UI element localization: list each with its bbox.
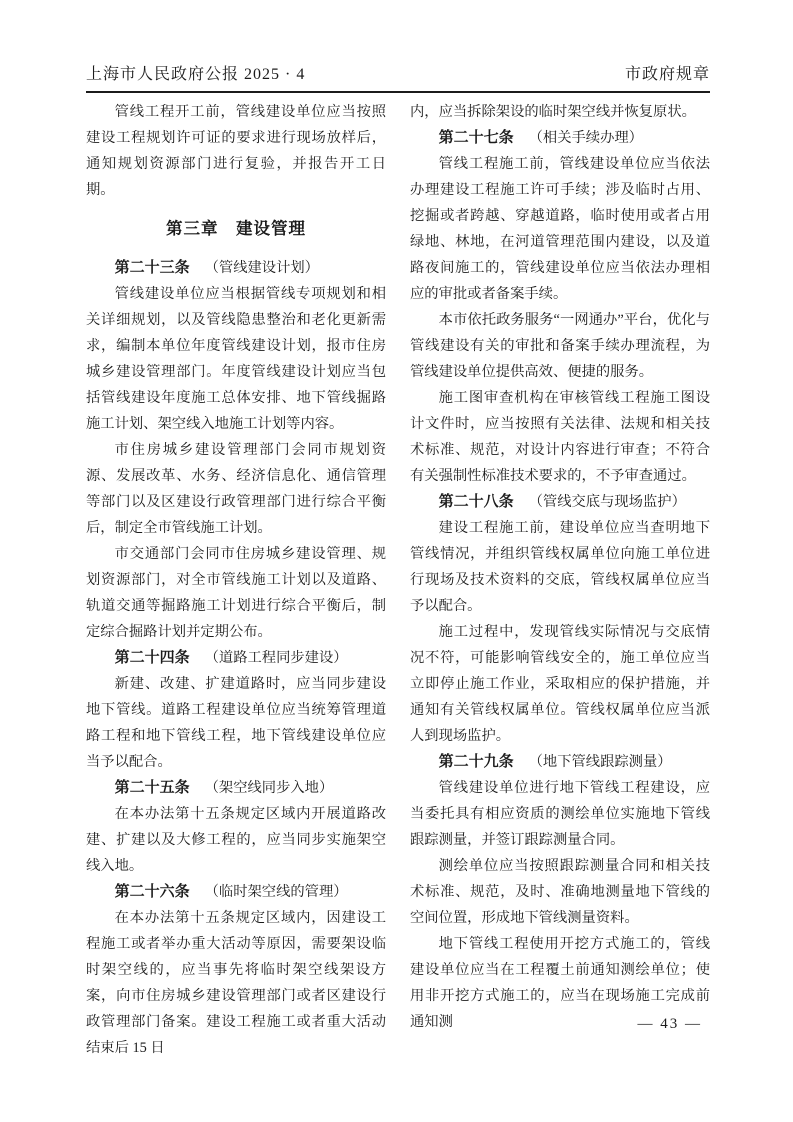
article-title: （相关手续办理）: [529, 130, 643, 146]
page-header: 上海市人民政府公报 2025 · 4 市政府规章: [86, 61, 710, 84]
body-paragraph: 管线工程施工前，管线建设单位应当依法办理建设工程施工许可手续；涉及临时占用、挖掘…: [410, 151, 710, 307]
article-number: 第二十九条: [439, 753, 514, 770]
body-paragraph: 建设工程施工前，建设单位应当查明地下管线情况，并组织管线权属单位向施工单位进行现…: [410, 515, 710, 619]
header-section-label: 市政府规章: [625, 61, 710, 84]
article-number: 第二十三条: [115, 259, 190, 276]
body-paragraph: 施工过程中，发现管线实际情况与交底情况不符，可能影响管线安全的，施工单位应当立即…: [410, 619, 710, 749]
header-rule: [86, 91, 710, 93]
body-paragraph: 管线工程开工前，管线建设单位应当按照建设工程规划许可证的要求进行现场放样后，通知…: [86, 99, 386, 203]
gazette-page: 上海市人民政府公报 2025 · 4 市政府规章 管线工程开工前，管线建设单位应…: [0, 0, 793, 1122]
body-paragraph: 内，应当拆除架设的临时架空线并恢复原状。: [410, 99, 710, 125]
page-number: — 43 —: [638, 1016, 703, 1032]
body-paragraph: 新建、改建、扩建道路时，应当同步建设地下管线。道路工程建设单位应当统筹管理道路工…: [86, 671, 386, 775]
right-column: 内，应当拆除架设的临时架空线并恢复原状。第二十七条（相关手续办理）管线工程施工前…: [410, 99, 710, 1061]
article-heading: 第二十八条（管线交底与现场监护）: [410, 489, 710, 515]
body-paragraph: 测绘单位应当按照跟踪测量合同和相关技术标准、规范，及时、准确地测量地下管线的空间…: [410, 853, 710, 931]
header-publication-title: 上海市人民政府公报 2025 · 4: [86, 61, 305, 84]
article-heading: 第二十四条（道路工程同步建设）: [86, 645, 386, 671]
article-heading: 第二十七条（相关手续办理）: [410, 125, 710, 151]
article-title: （临时架空线的管理）: [205, 884, 348, 900]
article-heading: 第二十九条（地下管线跟踪测量）: [410, 749, 710, 775]
body-paragraph: 本市依托政务服务“一网通办”平台，优化与管线建设有关的审批和备案手续办理流程，为…: [410, 307, 710, 385]
article-title: （架空线同步入地）: [205, 780, 334, 796]
article-number: 第二十四条: [115, 649, 190, 666]
article-title: （地下管线跟踪测量）: [529, 754, 672, 770]
article-number: 第二十六条: [115, 883, 190, 900]
page-footer: — 43 —: [86, 1016, 710, 1033]
article-heading: 第二十五条（架空线同步入地）: [86, 775, 386, 801]
body-paragraph: 市交通部门会同市住房城乡建设管理、规划资源部门，对全市管线施工计划以及道路、轨道…: [86, 541, 386, 645]
article-number: 第二十七条: [439, 129, 514, 146]
article-heading: 第二十三条（管线建设计划）: [86, 255, 386, 281]
document-body: 管线工程开工前，管线建设单位应当按照建设工程规划许可证的要求进行现场放样后，通知…: [86, 99, 710, 1061]
body-paragraph: 在本办法第十五条规定区域内开展道路改建、扩建以及大修工程的，应当同步实施架空线入…: [86, 801, 386, 879]
article-number: 第二十八条: [439, 493, 514, 510]
left-column: 管线工程开工前，管线建设单位应当按照建设工程规划许可证的要求进行现场放样后，通知…: [86, 99, 386, 1061]
article-number: 第二十五条: [115, 779, 190, 796]
body-paragraph: 施工图审查机构在审核管线工程施工图设计文件时，应当按照有关法律、法规和相关技术标…: [410, 385, 710, 489]
body-paragraph: 管线建设单位应当根据管线专项规划和相关详细规划，以及管线隐患整治和老化更新需求，…: [86, 281, 386, 437]
body-paragraph: 管线建设单位进行地下管线工程建设，应当委托具有相应资质的测绘单位实施地下管线跟踪…: [410, 775, 710, 853]
article-title: （道路工程同步建设）: [205, 650, 348, 666]
article-title: （管线交底与现场监护）: [529, 494, 686, 510]
article-title: （管线建设计划）: [205, 260, 319, 276]
body-paragraph: 在本办法第十五条规定区域内，因建设工程施工或者举办重大活动等原因，需要架设临时架…: [86, 905, 386, 1061]
body-paragraph: 市住房城乡建设管理部门会同市规划资源、发展改革、水务、经济信息化、通信管理等部门…: [86, 437, 386, 541]
article-heading: 第二十六条（临时架空线的管理）: [86, 879, 386, 905]
chapter-heading: 第三章 建设管理: [86, 216, 386, 242]
